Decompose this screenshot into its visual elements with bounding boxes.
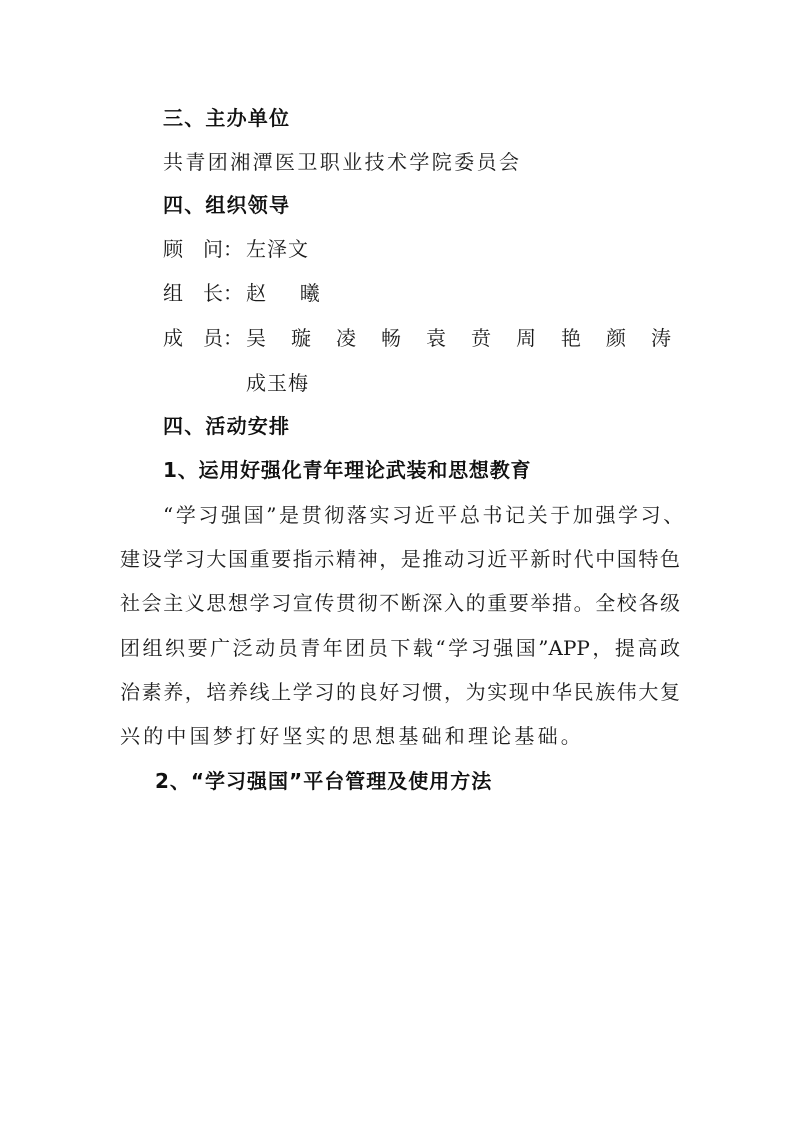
item2-heading: 2、“学习强国”平台管理及使用方法 xyxy=(155,769,492,793)
advisor-role: 顾问： xyxy=(163,237,246,261)
organizer-name: 共青团湘潭医卫职业技术学院委员会 xyxy=(163,150,521,174)
leader-role-char2: 长： xyxy=(203,281,243,305)
item1-line-4: 团组织要广泛动员青年团员下载“学习强国”APP，提高政 xyxy=(120,636,680,660)
members-role-char1: 成 xyxy=(163,326,203,350)
advisor-role-char1: 顾 xyxy=(163,237,203,261)
item1-heading: 1、运用好强化青年理论武装和思想教育 xyxy=(163,458,531,482)
leader-role: 组长： xyxy=(163,281,246,305)
leader-role-char1: 组 xyxy=(163,281,203,305)
item1-line-5: 治素养，培养线上学习的良好习惯，为实现中华民族伟大复 xyxy=(120,680,680,704)
leader-names: 赵 曦 xyxy=(246,281,327,305)
members-names-line2: 成玉梅 xyxy=(246,371,309,395)
item1-line-6: 兴的中国梦打好坚实的思想基础和理论基础。 xyxy=(120,724,584,748)
leader-row: 组长：赵 曦 xyxy=(163,281,327,305)
section-heading-leadership: 四、组织领导 xyxy=(163,193,290,217)
members-role: 成员： xyxy=(163,326,246,350)
section-heading-activities: 四、活动安排 xyxy=(163,414,290,438)
advisor-names: 左泽文 xyxy=(246,237,309,261)
members-names-line1: 吴 璇 凌 畅 袁 贲 周 艳 颜 涛 xyxy=(246,326,671,350)
members-row: 成员：吴 璇 凌 畅 袁 贲 周 艳 颜 涛 xyxy=(163,326,671,350)
document-page: 三、主办单位 共青团湘潭医卫职业技术学院委员会 四、组织领导 顾问：左泽文 组长… xyxy=(0,0,793,1122)
section-heading-organizer: 三、主办单位 xyxy=(163,106,290,130)
advisor-role-char2: 问： xyxy=(203,237,243,261)
item1-line-1: “学习强国”是贯彻落实习近平总书记关于加强学习、 xyxy=(163,503,686,527)
item1-line-3: 社会主义思想学习宣传贯彻不断深入的重要举措。全校各级 xyxy=(120,591,680,615)
members-role-char2: 员： xyxy=(203,326,243,350)
item1-line-2: 建设学习大国重要指示精神，是推动习近平新时代中国特色 xyxy=(120,547,680,571)
advisor-row: 顾问：左泽文 xyxy=(163,237,309,261)
